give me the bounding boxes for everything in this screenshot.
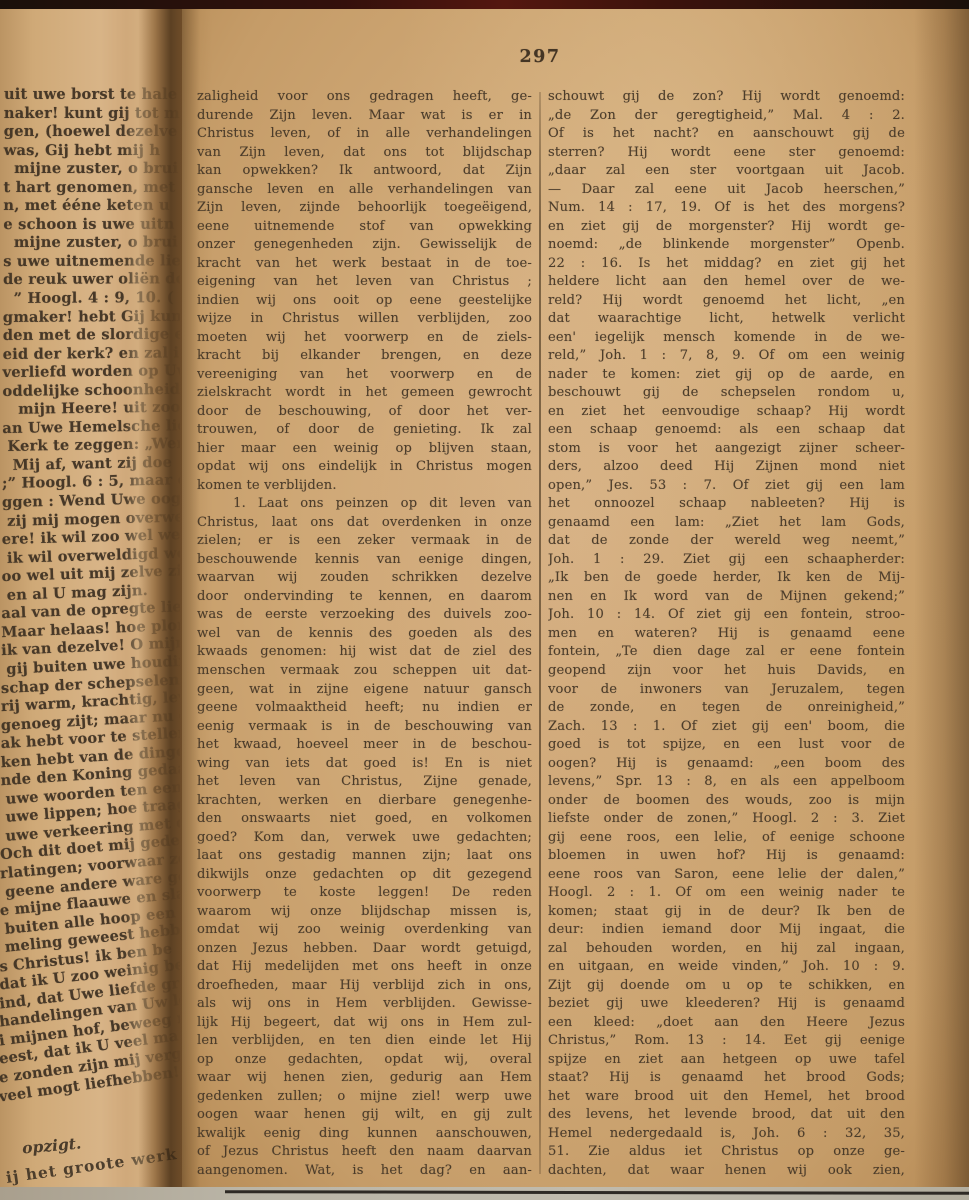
text-line: 51. Zie aldus iet Christus op onze ge- <box>548 1143 905 1162</box>
text-line: s uwe uitnemende liefd <box>3 252 179 271</box>
book-page-scan: uit uwe borst te halenaker! kunt gij tot… <box>0 0 969 1200</box>
text-line: 1. Laat ons peinzen op dit leven van <box>197 495 532 514</box>
text-line: mijne zuster, o brui <box>3 234 179 253</box>
text-line: staat? Hij is genaamd het brood Gods; <box>548 1069 905 1088</box>
text-line: t hart genomen, met ee <box>3 179 179 198</box>
text-line: door ondervinding te kennen, en daarom <box>197 588 532 607</box>
text-line: reld,” Joh. 1 : 7, 8, 9. Of om een weini… <box>548 347 905 366</box>
text-line: komen te verblijden. <box>197 477 532 496</box>
left-page-fragment-text: uit uwe borst te halenaker! kunt gij tot… <box>0 86 180 1126</box>
text-line: kwalijk eenig ding kunnen aanschouwen, <box>197 1125 532 1144</box>
text-line: vereeniging van het voorwerp en de <box>197 366 532 385</box>
text-line: des levens, het levende brood, dat uit d… <box>548 1106 905 1125</box>
text-line: trouwen, of door de genieting. Ik zal <box>197 421 532 440</box>
text-line: onzer genegenheden zijn. Gewisselijk de <box>197 236 532 255</box>
text-line: komen; staat gij in de deur? Ik ben de <box>548 903 905 922</box>
text-line: Hemel nedergedaald is, Joh. 6 : 32, 35, <box>548 1125 905 1144</box>
text-line: noemd: „de blinkende morgenster” Openb. <box>548 236 905 255</box>
book-top-edge <box>0 0 969 9</box>
text-line: kracht bij elkander brengen, en deze <box>197 347 532 366</box>
text-line: eigening van het leven van Christus ; <box>197 273 532 292</box>
text-line: Joh. 1 : 29. Ziet gij een schaapherder: <box>548 551 905 570</box>
text-line: een kleed: „doet aan den Heere Jezus <box>548 1014 905 1033</box>
text-line: waar wij henen zien, gedurig aan Hem <box>197 1069 532 1088</box>
text-line: dachten, dat waar henen wij ook zien, <box>548 1162 905 1181</box>
text-line: moeten wij het voorwerp en de ziels- <box>197 329 532 348</box>
text-line: Zijn leven, zijnde behoorlijk toegeëigen… <box>197 199 532 218</box>
text-column-left: zaligheid voor ons gedragen heeft, ge-du… <box>197 88 532 1180</box>
text-line: zielskracht wordt in het gemeen gewrocht <box>197 384 532 403</box>
text-line: waarom wij onze blijdschap missen is, <box>197 903 532 922</box>
text-line: zal behouden worden, en hij zal ingaan, <box>548 940 905 959</box>
text-line: schouwt gij de zon? Hij wordt genoemd: <box>548 88 905 107</box>
text-line: het onnoozel schaap nableeten? Hij is <box>548 495 905 514</box>
text-line: goed? Kom dan, verwek uwe gedachten; <box>197 829 532 848</box>
text-line: dikwijls onze gedachten op dit gezegend <box>197 866 532 885</box>
text-line: door de beschouwing, of door het ver- <box>197 403 532 422</box>
text-line: open,” Jes. 53 : 7. Of ziet gij een lam <box>548 477 905 496</box>
text-line: gedenken zullen; o mijne ziel! werp uwe <box>197 1088 532 1107</box>
text-line: Of is het nacht? en aanschouwt gij de <box>548 125 905 144</box>
text-line: een' iegelijk mensch komende in de we- <box>548 329 905 348</box>
text-line: voorwerp te koste leggen! De reden <box>197 884 532 903</box>
text-line: nader te komen: ziet gij op de aarde, en <box>548 366 905 385</box>
page-number: 297 <box>500 47 580 67</box>
text-line: kan opwekken? Ik antwoord, dat Zijn <box>197 162 532 181</box>
text-line: gansche leven en alle verhandelingen van <box>197 181 532 200</box>
text-line: een schaap genoemd: als een schaap dat <box>548 421 905 440</box>
text-line: den met de slordige e <box>3 326 179 346</box>
text-line: stom is voor het aangezigt zijner scheer… <box>548 440 905 459</box>
text-line: geopend zijn voor het huis Davids, en <box>548 662 905 681</box>
text-line: nen en Ik word van de Mijnen gekend;” <box>548 588 905 607</box>
text-line: durende Zijn leven. Maar wat is er in <box>197 107 532 126</box>
text-line: krachten, werken en dierbare genegenhe- <box>197 792 532 811</box>
text-line: lijk Hij begeert, dat wij ons in Hem zul… <box>197 1014 532 1033</box>
text-line: zielen; er is een zeker vermaak in de <box>197 532 532 551</box>
text-line: of Jezus Christus heeft den naam daarvan <box>197 1143 532 1162</box>
text-line: het leven van Christus, Zijne genade, <box>197 773 532 792</box>
text-line: droefheden, maar Hij verblijd zich in on… <box>197 977 532 996</box>
pages-below-edge <box>0 1187 969 1200</box>
text-line: 22 : 16. Is het middag? en ziet gij het <box>548 255 905 274</box>
text-line: beschouwende kennis van eenige dingen, <box>197 551 532 570</box>
text-line: gmaker! hebt Gij kunn <box>3 307 179 327</box>
text-line: eene uitnemende stof van opwekking <box>197 218 532 237</box>
text-line: gen, (hoewel dezelve ni <box>4 123 180 142</box>
text-line: men en wateren? Hij is genaamd eene <box>548 625 905 644</box>
text-line: indien wij ons ooit op eene geestelijke <box>197 292 532 311</box>
text-line: kracht van het werk bestaat in de toe- <box>197 255 532 274</box>
text-line: omdat wij zoo weinig overdenking van <box>197 921 532 940</box>
text-line: spijze en ziet aan hetgeen op uwe tafel <box>548 1051 905 1070</box>
text-line: ders, alzoo deed Hij Zijnen mond niet <box>548 458 905 477</box>
text-line: dat de zonde der wereld weg neemt,” <box>548 532 905 551</box>
text-line: was de eerste verzoeking des duivels zoo… <box>197 606 532 625</box>
text-column-right: schouwt gij de zon? Hij wordt genoemd:„d… <box>548 88 905 1180</box>
column-divider-rule <box>539 92 541 1174</box>
text-line: de zonde, en tegen de onreinigheid,” <box>548 699 905 718</box>
text-line: aangenomen. Wat, is het dag? en aan- <box>197 1162 532 1181</box>
text-line: voor de inwoners van Jeruzalem, tegen <box>548 681 905 700</box>
text-line: onzen Jezus hebben. Daar wordt getuigd, <box>197 940 532 959</box>
text-line: en ziet gij de morgenster? Hij wordt ge- <box>548 218 905 237</box>
text-line: — Daar zal eene uit Jacob heerschen,” <box>548 181 905 200</box>
text-line: Num. 14 : 17, 19. Of is het des morgens? <box>548 199 905 218</box>
text-line: Christus,” Rom. 13 : 14. Eet gij eenige <box>548 1032 905 1051</box>
text-line: dat waarachtige licht, hetwelk verlicht <box>548 310 905 329</box>
text-line: liefste onder de zonen,” Hoogl. 2 : 3. Z… <box>548 810 905 829</box>
text-line: „daar zal een ster voortgaan uit Jacob. <box>548 162 905 181</box>
text-line: sterren? Hij wordt eene ster genoemd: <box>548 144 905 163</box>
text-line: „de Zon der geregtigheid,” Mal. 4 : 2. <box>548 107 905 126</box>
text-line: naker! kunt gij tot m <box>4 105 180 124</box>
text-line: bloemen in uwen hof? Hij is genaamd: <box>548 847 905 866</box>
text-line: het ware brood uit den Hemel, het brood <box>548 1088 905 1107</box>
text-line: Hoogl. 2 : 1. Of om een weinig nader te <box>548 884 905 903</box>
text-line: den onswaarts niet goed, en volkomen <box>197 810 532 829</box>
text-line: Joh. 10 : 14. Of ziet gij een fontein, s… <box>548 606 905 625</box>
text-line: het kwaad, hoeveel meer in de beschou- <box>197 736 532 755</box>
text-line: was, Gij hebt mij h <box>4 142 180 161</box>
text-line: mijne zuster, o brui <box>4 160 180 179</box>
text-line: wel van de kennis des goeden als des <box>197 625 532 644</box>
text-line: van Zijn leven, dat ons tot blijdschap <box>197 144 532 163</box>
text-line: en ziet het eenvoudige schaap? Hij wordt <box>548 403 905 422</box>
text-line: eid der kerk? en zal i <box>3 344 179 364</box>
text-line: de reuk uwer oliën do <box>3 271 179 290</box>
text-line: genaamd een lam: „Ziet het lam Gods, <box>548 514 905 533</box>
text-line: laat ons gestadig mannen zijn; laat ons <box>197 847 532 866</box>
text-line: len verblijden, en ten dien einde let Hi… <box>197 1032 532 1051</box>
text-line: verliefd worden op Uw <box>2 362 178 382</box>
left-curled-page: uit uwe borst te halenaker! kunt gij tot… <box>0 9 182 1187</box>
text-line: onder de boomen des wouds, zoo is mijn <box>548 792 905 811</box>
text-line: oogen waar henen gij wilt, en gij zult <box>197 1106 532 1125</box>
text-line: wijze in Christus willen verblijden, zoo <box>197 310 532 329</box>
text-line: waarvan wij zouden schrikken dezelve <box>197 569 532 588</box>
text-line: Zach. 13 : 1. Of ziet gij een' boom, die <box>548 718 905 737</box>
lower-page-shadow-line <box>225 1190 969 1194</box>
text-line: als wij ons in Hem verblijden. Gewisse- <box>197 995 532 1014</box>
text-line: uit uwe borst te hale <box>4 86 180 105</box>
text-line: goed is tot spijze, en een lust voor de <box>548 736 905 755</box>
text-line: heldere licht aan den hemel over de we- <box>548 273 905 292</box>
text-line: geene volmaaktheid heeft; nu indien er <box>197 699 532 718</box>
text-line: Christus leven, of in alle verhandelinge… <box>197 125 532 144</box>
text-line: beziet gij uwe kleederen? Hij is genaamd <box>548 995 905 1014</box>
text-line: oogen? Hij is genaamd: „een boom des <box>548 755 905 774</box>
text-line: Christus, laat ons dat overdenken in onz… <box>197 514 532 533</box>
text-line: gij eene roos, een lelie, of eenige scho… <box>548 829 905 848</box>
text-line: geen, wat in zijne eigene natuur gansch <box>197 681 532 700</box>
text-line: deur: indien iemand door Mij ingaat, die <box>548 921 905 940</box>
text-line: eenig vermaak is in de beschouwing van <box>197 718 532 737</box>
text-line: wing van iets dat goed is! En is niet <box>197 755 532 774</box>
text-line: dat Hij medelijden met ons heeft in onze <box>197 958 532 977</box>
text-line: kwaads genomen: hij wist dat de ziel des <box>197 643 532 662</box>
text-line: „Ik ben de goede herder, Ik ken de Mij- <box>548 569 905 588</box>
text-line: n, met ééne keten u <box>3 197 179 216</box>
text-line: en uitgaan, en weide vinden,” Joh. 10 : … <box>548 958 905 977</box>
text-line: eene roos van Saron, eene lelie der dale… <box>548 866 905 885</box>
text-line: e schoon is uwe uitn <box>3 215 179 234</box>
text-line: levens,” Spr. 13 : 8, en als een appelbo… <box>548 773 905 792</box>
text-line: fontein, „Te dien dage zal er eene fonte… <box>548 643 905 662</box>
text-line: op onze gedachten, opdat wij, overal <box>197 1051 532 1070</box>
text-line: menschen vermaak zou scheppen uit dat- <box>197 662 532 681</box>
text-line: opdat wij ons eindelijk in Christus moge… <box>197 458 532 477</box>
text-line: Zijt gij doende om u op te schikken, en <box>548 977 905 996</box>
text-line: ” Hoogl. 4 : 9, 10. ( <box>3 289 179 309</box>
text-line: zaligheid voor ons gedragen heeft, ge- <box>197 88 532 107</box>
text-line: reld? Hij wordt genoemd het licht, „en <box>548 292 905 311</box>
text-line: beschouwt gij de schepselen rondom u, <box>548 384 905 403</box>
text-line: hier maar een weinig op blijven staan, <box>197 440 532 459</box>
